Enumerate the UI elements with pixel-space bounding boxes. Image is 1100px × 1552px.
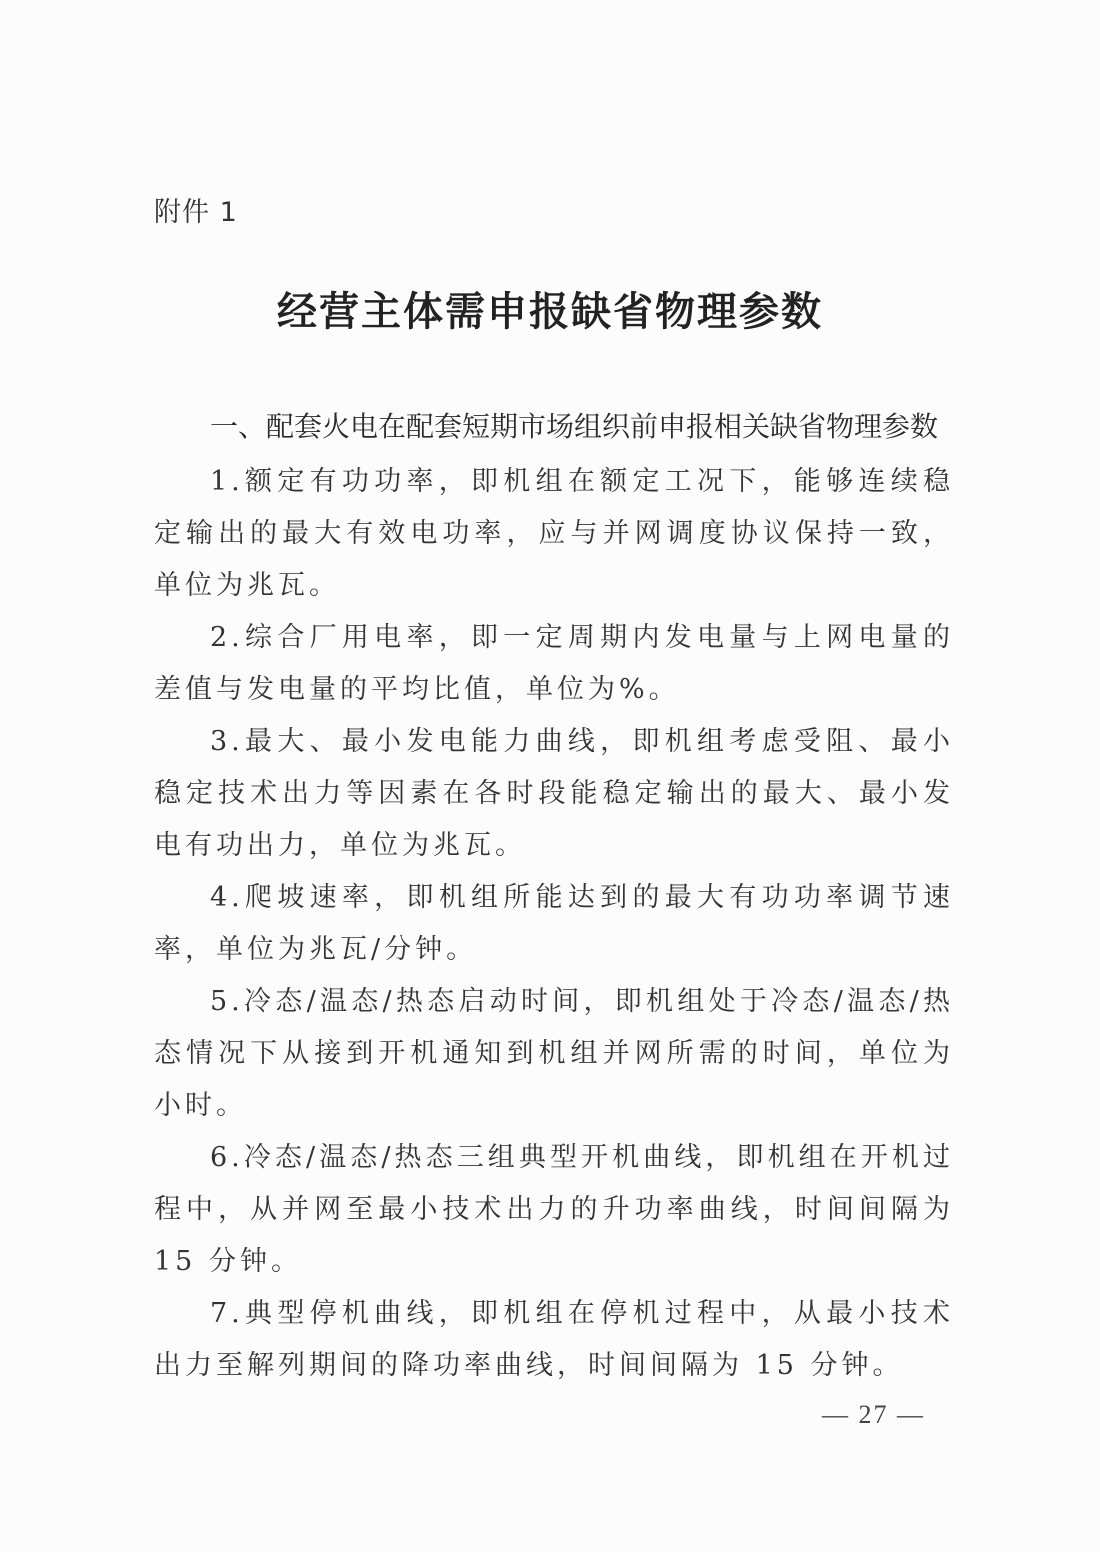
document-title: 经营主体需申报缺省物理参数 [0,280,1100,337]
paragraph-7: 7.典型停机曲线，即机组在停机过程中，从最小技术出力至解列期间的降功率曲线，时间… [154,1288,954,1392]
page-number: — 27 — [822,1400,925,1430]
document-page: 附件 1 经营主体需申报缺省物理参数 一、配套火电在配套短期市场组织前申报相关缺… [0,0,1100,1552]
paragraph-2: 2.综合厂用电率，即一定周期内发电量与上网电量的差值与发电量的平均比值，单位为%… [154,612,954,716]
section-heading: 一、配套火电在配套短期市场组织前申报相关缺省物理参数 [154,398,954,456]
paragraph-5: 5.冷态/温态/热态启动时间，即机组处于冷态/温态/热态情况下从接到开机通知到机… [154,976,954,1132]
paragraph-1: 1.额定有功功率，即机组在额定工况下，能够连续稳定输出的最大有效电功率，应与并网… [154,456,954,612]
paragraph-3: 3.最大、最小发电能力曲线，即机组考虑受阻、最小稳定技术出力等因素在各时段能稳定… [154,716,954,872]
attachment-label: 附件 1 [154,190,238,229]
paragraph-6: 6.冷态/温态/热态三组典型开机曲线，即机组在开机过程中，从并网至最小技术出力的… [154,1132,954,1288]
paragraph-4: 4.爬坡速率，即机组所能达到的最大有功功率调节速率，单位为兆瓦/分钟。 [154,872,954,976]
document-body: 一、配套火电在配套短期市场组织前申报相关缺省物理参数 1.额定有功功率，即机组在… [154,398,954,1392]
